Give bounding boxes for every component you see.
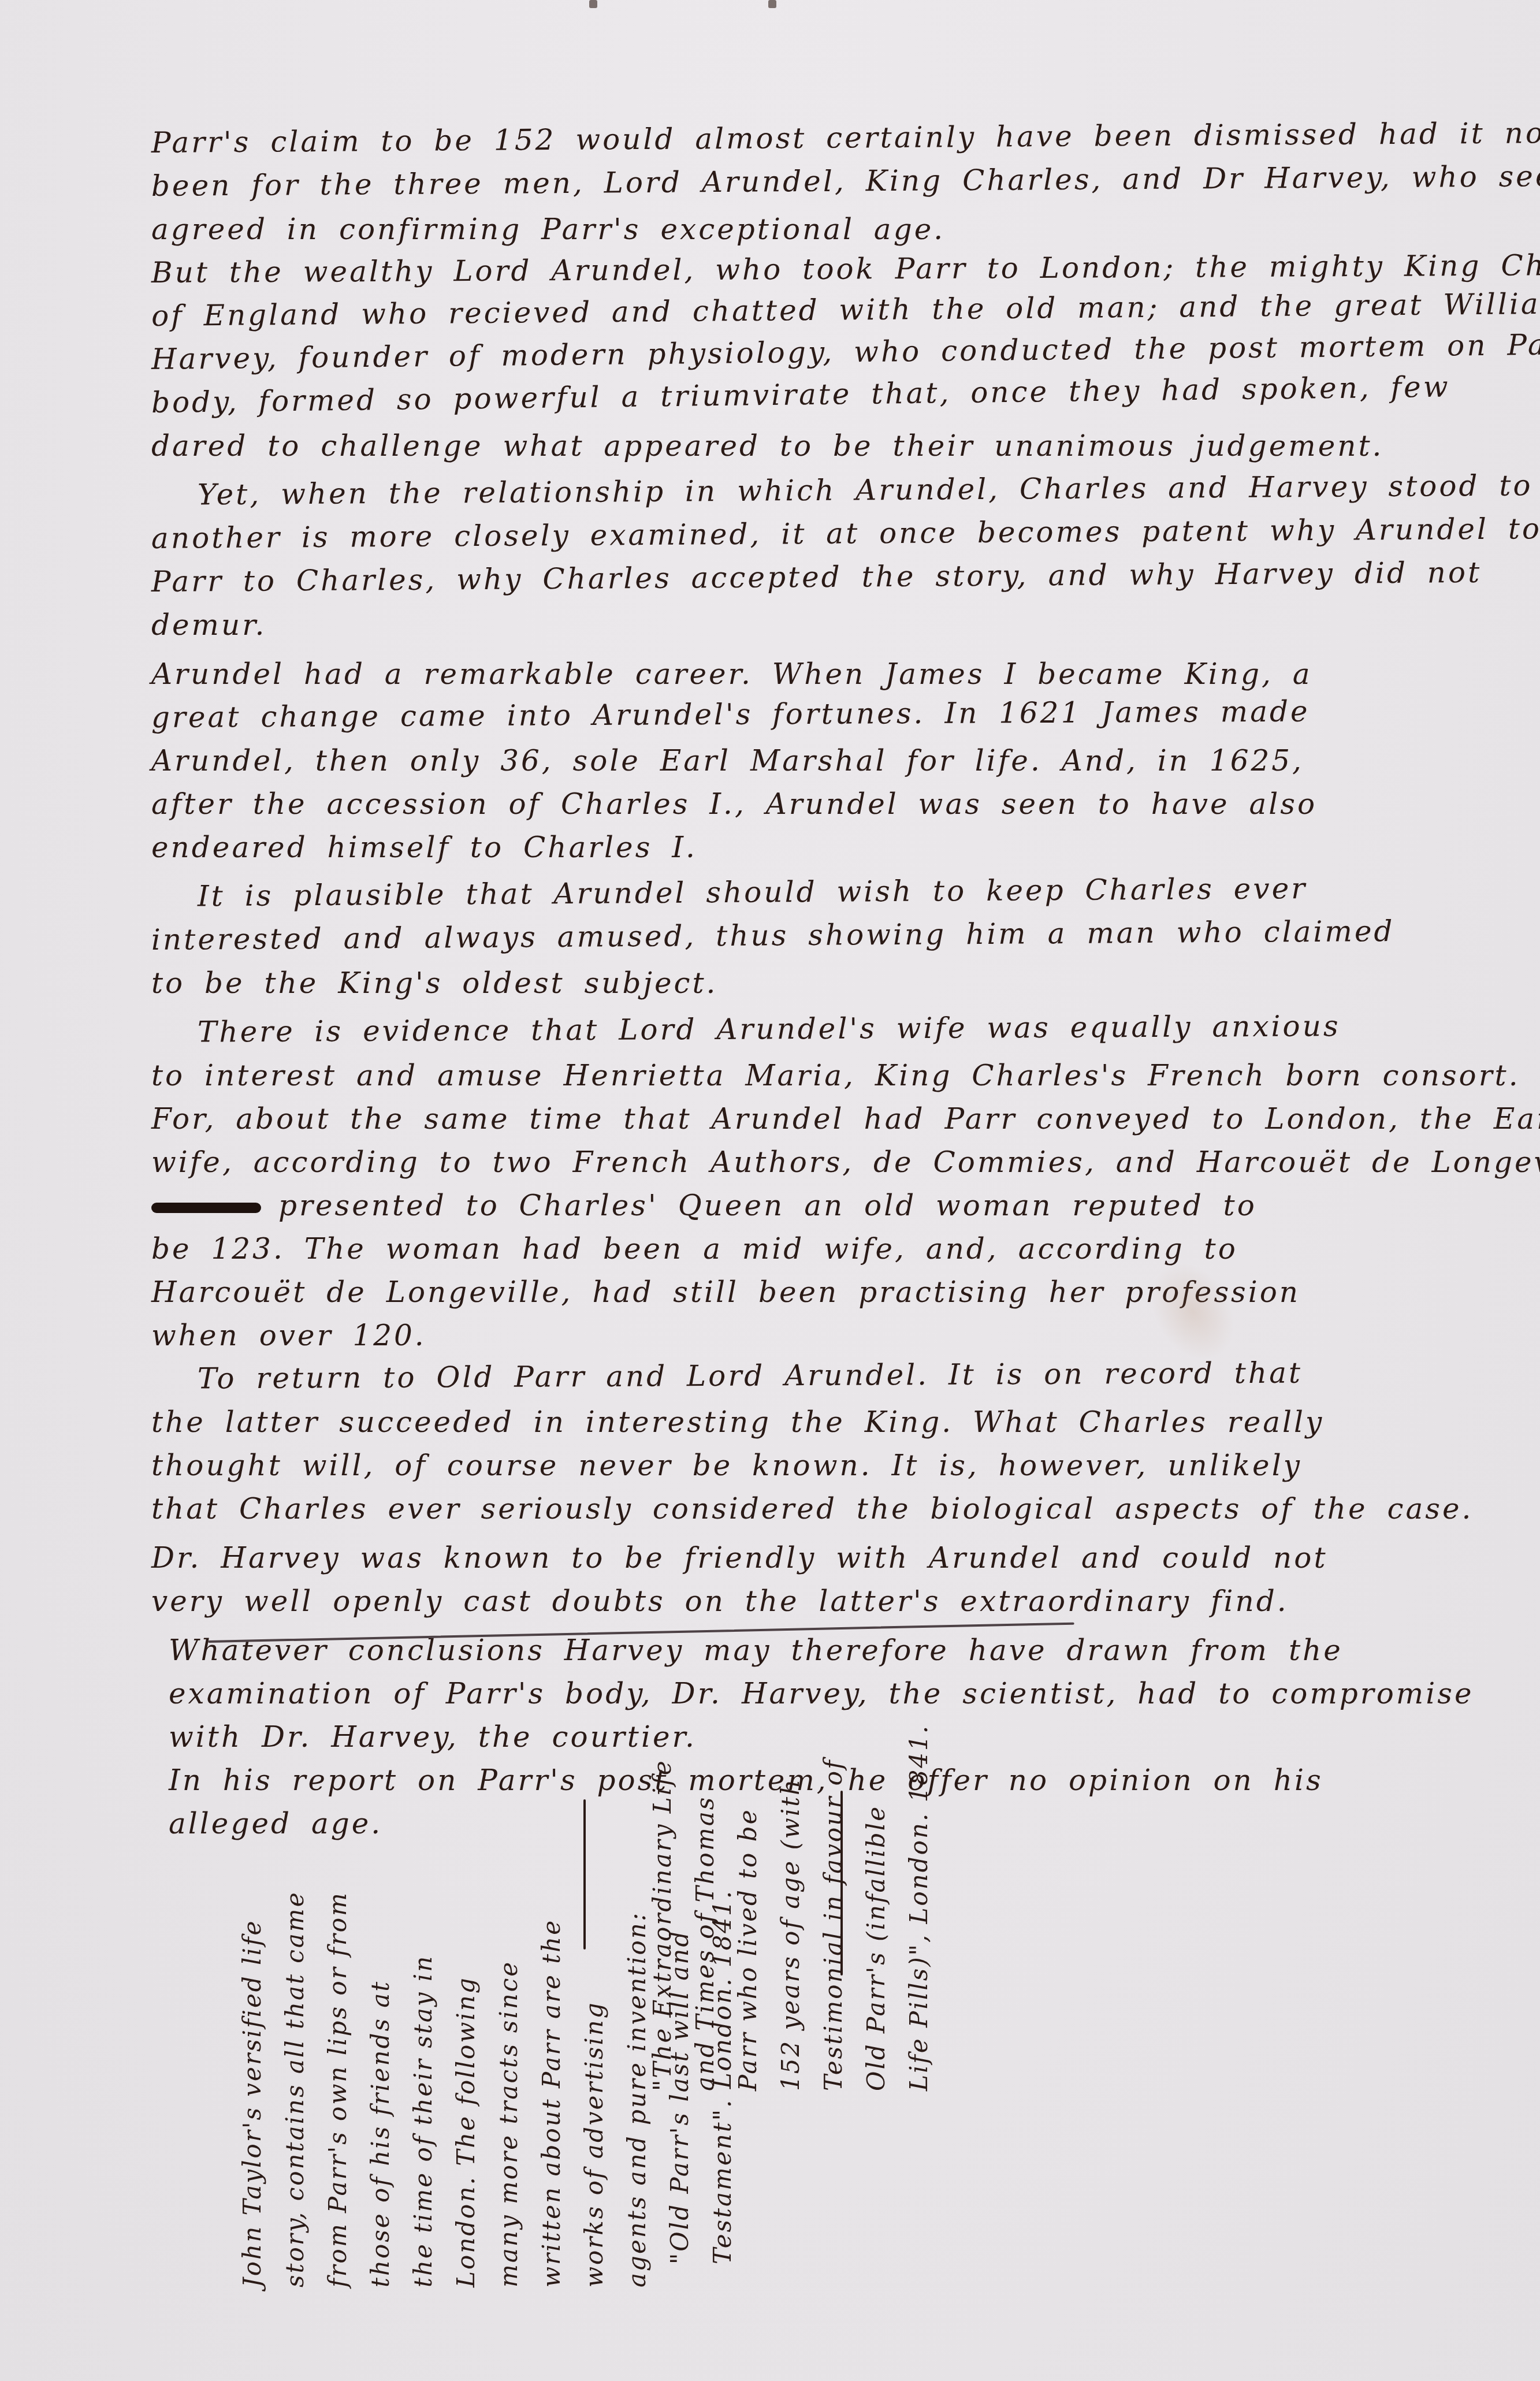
text-line: endeared himself to Charles I. bbox=[151, 826, 1439, 869]
text-line: that Charles ever seriously considered t… bbox=[151, 1487, 1439, 1531]
text-line: the latter succeeded in interesting the … bbox=[151, 1401, 1439, 1444]
note-line: Testimonial in favour of bbox=[812, 1724, 855, 2091]
note-line: many more tracts since bbox=[488, 1889, 530, 2287]
note-line: and Times of Thomas bbox=[684, 1724, 727, 2091]
text-line: dared to challenge what appeared to be t… bbox=[151, 425, 1439, 468]
footnote-extraordinary-life: "The Extraordinary Life and Times of Tho… bbox=[641, 1724, 940, 2091]
text-line: to interest and amuse Henrietta Maria, K… bbox=[151, 1054, 1439, 1098]
text-line: Arundel had a remarkable career. When Ja… bbox=[151, 653, 1439, 696]
ink-mark bbox=[589, 0, 597, 8]
note-line: 152 years of age (with bbox=[769, 1724, 812, 2091]
note-divider-line bbox=[583, 1799, 586, 1950]
text-line: be 123. The woman had been a mid wife, a… bbox=[151, 1227, 1439, 1271]
text-line: There is evidence that Lord Arundel's wi… bbox=[151, 1004, 1439, 1054]
manuscript-page: Parr's claim to be 152 would almost cert… bbox=[0, 0, 1540, 2381]
text-line: examination of Parr's body, Dr. Harvey, … bbox=[151, 1672, 1439, 1716]
text-line: demur. bbox=[151, 604, 1439, 647]
crossed-out-word bbox=[151, 1203, 261, 1213]
ink-mark bbox=[768, 0, 776, 8]
text-line: Dr. Harvey was known to be friendly with… bbox=[151, 1537, 1439, 1580]
note-line: Life Pills)", London. 1841. bbox=[898, 1724, 940, 2091]
note-divider-line bbox=[840, 1791, 843, 1976]
text-line: very well openly cast doubts on the latt… bbox=[151, 1580, 1439, 1623]
note-line: written about Parr are the bbox=[530, 1889, 573, 2287]
note-line: those of his friends at bbox=[359, 1889, 402, 2287]
note-line: John Taylor's versified life bbox=[231, 1889, 274, 2287]
text-line: great change came into Arundel's fortune… bbox=[151, 689, 1439, 739]
text-line: to be the King's oldest subject. bbox=[151, 962, 1439, 1005]
text-line: For, about the same time that Arundel ha… bbox=[151, 1098, 1439, 1141]
text-line: To return to Old Parr and Lord Arundel. … bbox=[151, 1351, 1439, 1401]
text-line: Harcouët de Longeville, had still been p… bbox=[151, 1271, 1439, 1314]
text-line: agreed in confirming Parr's exceptional … bbox=[151, 208, 1439, 251]
text-line: been for the three men, Lord Arundel, Ki… bbox=[151, 155, 1439, 208]
note-line: works of advertising bbox=[573, 1889, 616, 2287]
text-line: after the accession of Charles I., Arund… bbox=[151, 783, 1439, 826]
note-line: Parr who lived to be bbox=[727, 1724, 769, 2091]
note-line: London. The following bbox=[445, 1889, 488, 2287]
note-line: "The Extraordinary Life bbox=[641, 1724, 684, 2091]
note-line: from Parr's own lips or from bbox=[317, 1889, 359, 2287]
text-line: Whatever conclusions Harvey may therefor… bbox=[151, 1629, 1439, 1672]
main-handwritten-text: Parr's claim to be 152 would almost cert… bbox=[151, 121, 1439, 1846]
note-line: the time of their stay in bbox=[402, 1889, 445, 2287]
note-line: Old Parr's (infallible bbox=[855, 1724, 898, 2091]
text-line: thought will, of course never be known. … bbox=[151, 1444, 1439, 1487]
text-line: interested and always amused, thus showi… bbox=[151, 909, 1439, 962]
text-line: Parr to Charles, why Charles accepted th… bbox=[151, 551, 1439, 604]
note-line: story, contains all that came bbox=[274, 1889, 317, 2287]
text-segment: presented to Charles' Queen an old woman… bbox=[278, 1189, 1257, 1222]
text-line: Arundel, then only 36, sole Earl Marshal… bbox=[151, 739, 1439, 783]
top-edge-marks bbox=[589, 0, 780, 12]
text-line-with-strikethrough: presented to Charles' Queen an old woman… bbox=[151, 1184, 1439, 1227]
text-line: wife, according to two French Authors, d… bbox=[151, 1141, 1439, 1184]
